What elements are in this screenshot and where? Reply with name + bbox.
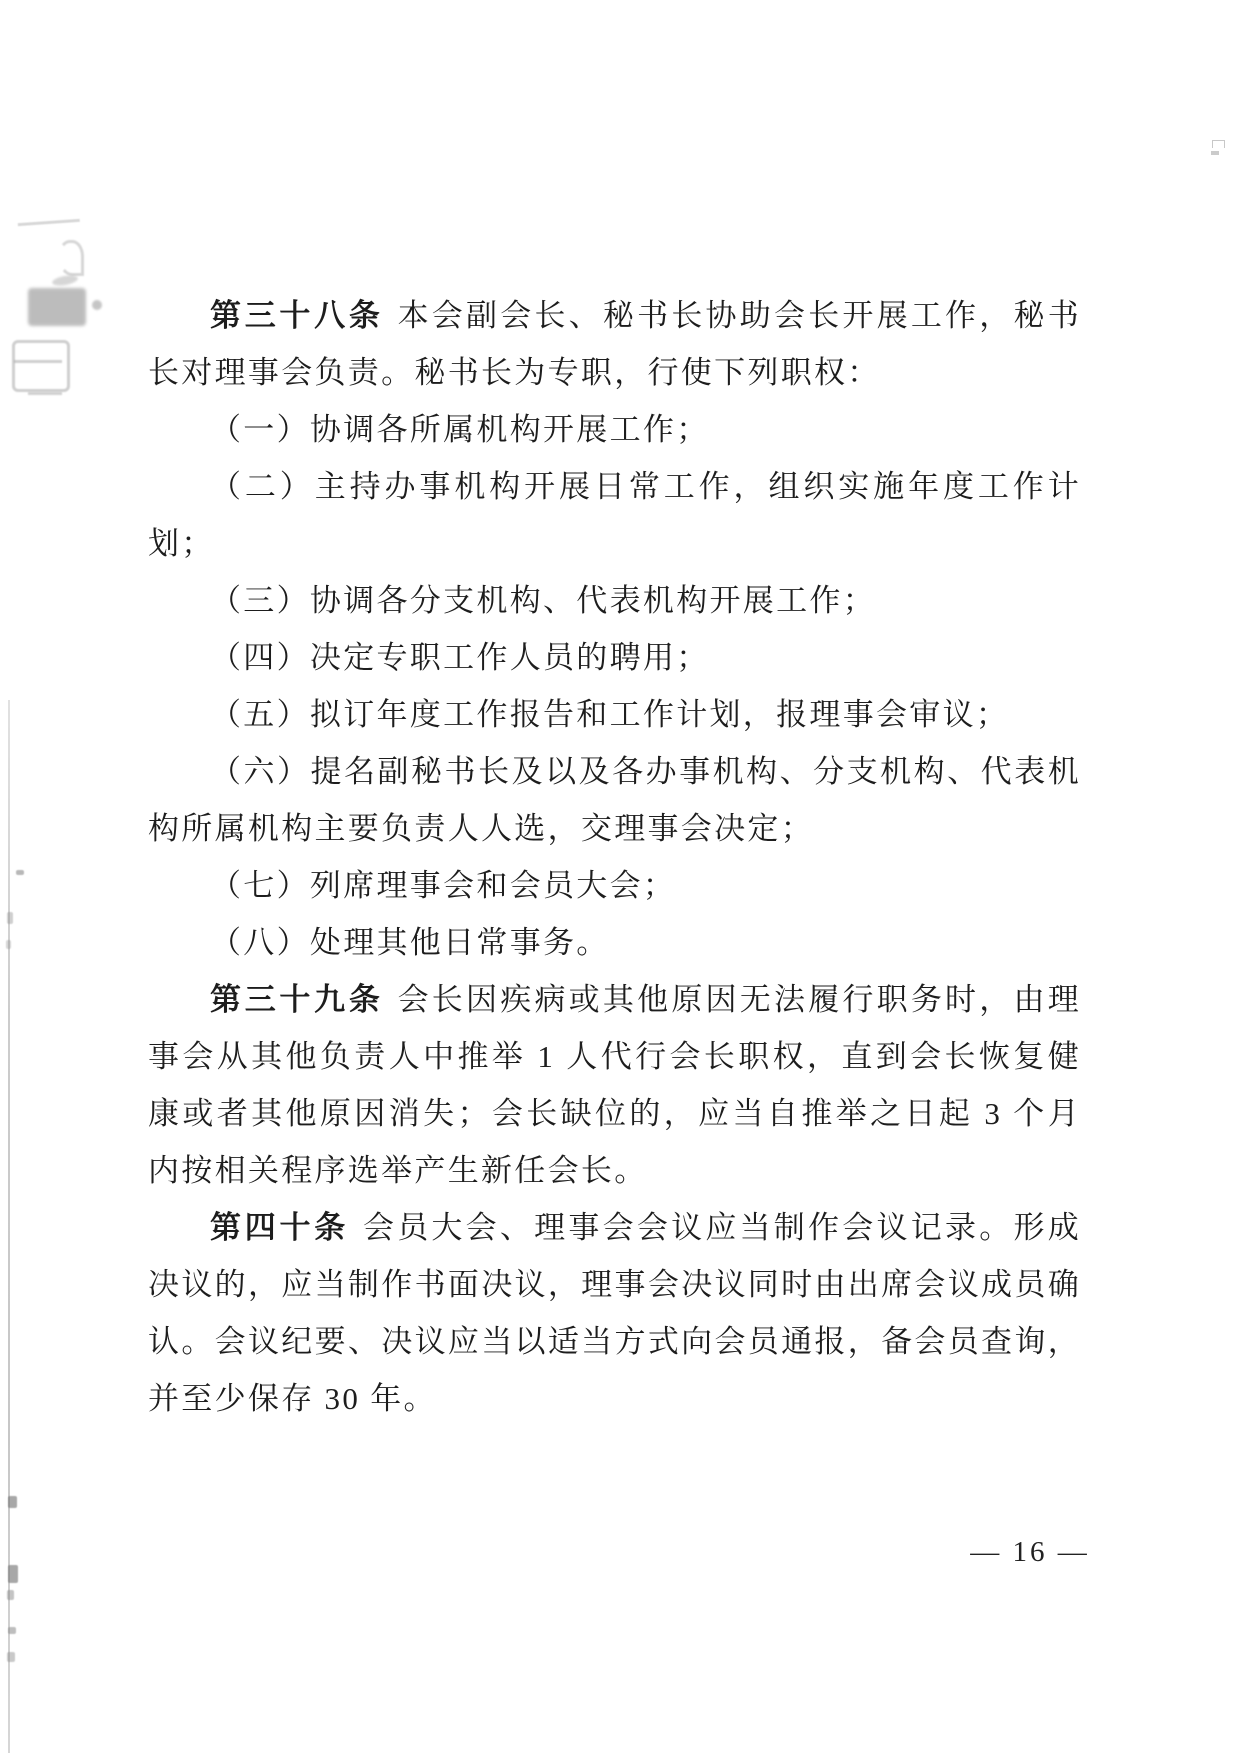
paragraph-text: （八）处理其他日常事务。 [210, 925, 610, 960]
list-item-1: （一）协调各所属机构开展工作； [148, 401, 1081, 458]
article-number: 第四十条 [210, 1210, 349, 1245]
paragraph-text: （五）拟订年度工作报告和工作计划，报理事会审议； [210, 697, 1009, 732]
paragraph-article-39: 第三十九条会长因疾病或其他原因无法履行职务时，由理事会从其他负责人中推举 1 人… [148, 971, 1081, 1199]
article-number: 第三十八条 [210, 298, 384, 333]
scan-artifact-speck [8, 1565, 18, 1583]
scan-artifact-speck [1212, 140, 1225, 148]
scan-artifact-smudge [28, 288, 86, 326]
scan-artifact-smudge [92, 300, 102, 310]
paragraph-text: （六）提名副秘书长及以及各办事机构、分支机构、代表机构所属机构主要负责人人选，交… [148, 754, 1081, 846]
article-number: 第三十九条 [210, 982, 384, 1017]
scanned-document-page: 第三十八条本会副会长、秘书长协助会长开展工作，秘书长对理事会负责。秘书长为专职，… [0, 0, 1240, 1753]
paragraph-article-40: 第四十条会员大会、理事会会议应当制作会议记录。形成决议的，应当制作书面决议，理事… [148, 1199, 1081, 1427]
scan-artifact-speck [6, 940, 11, 949]
scan-artifact-smudge [58, 240, 84, 276]
list-item-2: （二）主持办事机构开展日常工作，组织实施年度工作计划； [148, 458, 1081, 572]
scan-artifact-smudge [28, 392, 62, 395]
document-body: 第三十八条本会副会长、秘书长协助会长开展工作，秘书长对理事会负责。秘书长为专职，… [148, 287, 1081, 1427]
paragraph-text: （一）协调各所属机构开展工作； [210, 412, 710, 447]
list-item-6: （六）提名副秘书长及以及各办事机构、分支机构、代表机构所属机构主要负责人人选，交… [148, 743, 1081, 857]
scan-artifact-smudge [14, 360, 62, 363]
page-number: — 16 — [965, 1536, 1095, 1569]
list-item-7: （七）列席理事会和会员大会； [148, 857, 1081, 914]
paragraph-text: （二）主持办事机构开展日常工作，组织实施年度工作计划； [148, 469, 1081, 561]
scan-artifact-speck [7, 1590, 14, 1600]
scan-artifact-edge-line [8, 700, 10, 1753]
scan-artifact-speck [8, 1496, 17, 1508]
list-item-4: （四）决定专职工作人员的聘用； [148, 629, 1081, 686]
paragraph-text: （四）决定专职工作人员的聘用； [210, 640, 710, 675]
list-item-5: （五）拟订年度工作报告和工作计划，报理事会审议； [148, 686, 1081, 743]
list-item-8: （八）处理其他日常事务。 [148, 914, 1081, 971]
scan-artifact-smudge [12, 340, 70, 392]
paragraph-text: （七）列席理事会和会员大会； [210, 868, 676, 903]
scan-artifact-smudge [51, 274, 78, 287]
paragraph-text: （三）协调各分支机构、代表机构开展工作； [210, 583, 876, 618]
scan-artifact-speck [7, 1652, 15, 1662]
scan-artifact-speck [1211, 151, 1219, 155]
list-item-3: （三）协调各分支机构、代表机构开展工作； [148, 572, 1081, 629]
scan-artifact-speck [7, 912, 13, 924]
scan-artifact-smudge [18, 219, 80, 232]
paragraph-article-38: 第三十八条本会副会长、秘书长协助会长开展工作，秘书长对理事会负责。秘书长为专职，… [148, 287, 1081, 401]
scan-artifact-speck [8, 1627, 16, 1634]
scan-artifact-speck [16, 870, 24, 875]
